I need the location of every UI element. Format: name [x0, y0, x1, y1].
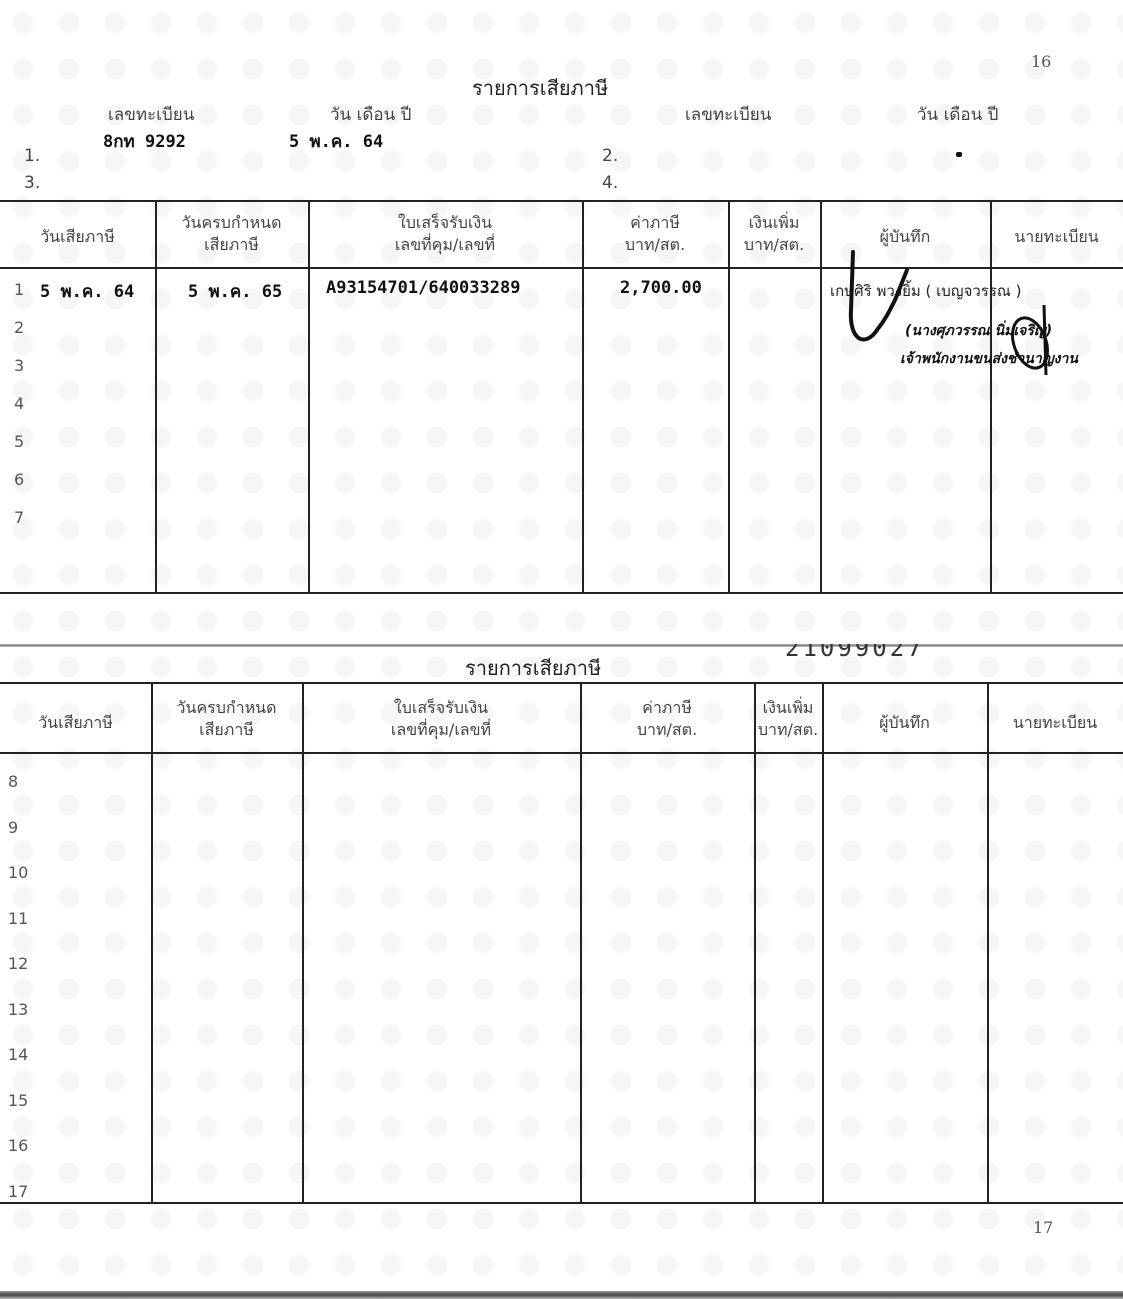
row-number: 1 — [14, 280, 24, 299]
col-divider — [308, 200, 310, 594]
reg-label-right: เลขทะเบียน — [685, 101, 771, 128]
col-divider — [580, 682, 582, 1204]
row1-pay-date: 5 พ.ค. 64 — [40, 278, 134, 305]
row-number: 8 — [8, 772, 18, 791]
header-registrar: นายทะเบียน — [987, 712, 1123, 734]
row-number: 5 — [14, 432, 24, 451]
col-divider — [728, 200, 730, 594]
date-label-right: วัน เดือน ปี — [917, 101, 998, 128]
page-fold-line — [0, 644, 1123, 647]
header-bottom-border — [0, 752, 1123, 754]
header-pay-date: วันเสียภาษี — [0, 712, 151, 734]
col-divider — [990, 200, 992, 594]
col-divider — [820, 200, 822, 594]
table-top-border — [0, 682, 1123, 684]
table-bottom-border — [0, 592, 1123, 594]
reg-label-left: เลขทะเบียน — [108, 101, 194, 128]
col-divider — [822, 682, 824, 1204]
header-recorder: ผู้บันทึก — [822, 712, 987, 734]
row-number: 2 — [14, 318, 24, 337]
page-number-17: 17 — [1033, 1218, 1053, 1237]
upper-page-title: รายการเสียภาษี — [472, 72, 608, 104]
page-number-16: 16 — [1031, 52, 1051, 71]
row-number: 15 — [8, 1091, 28, 1110]
row-number: 16 — [8, 1136, 28, 1155]
row-number: 7 — [14, 508, 24, 527]
row1-tax: 2,700.00 — [620, 278, 702, 298]
slot-2: 2. — [602, 146, 618, 166]
row1-due-date: 5 พ.ค. 65 — [188, 278, 282, 305]
header-due-date: วันครบกำหนด เสียภาษี — [155, 212, 308, 256]
registrar-signature-icon — [1000, 305, 1070, 385]
col-divider — [987, 682, 989, 1204]
table-bottom-border — [0, 1202, 1123, 1204]
serial-number-partial: 21099027 — [785, 644, 925, 660]
row-number: 11 — [8, 909, 28, 928]
page-bottom-edge — [0, 1291, 1123, 1299]
header-receipt: ใบเสร็จรับเงิน เลขที่คุม/เลขที่ — [302, 697, 580, 741]
col-divider — [302, 682, 304, 1204]
row-number: 14 — [8, 1045, 28, 1064]
header-due-date: วันครบกำหนด เสียภาษี — [151, 697, 302, 741]
header-registrar: นายทะเบียน — [990, 226, 1123, 248]
slot-3: 3. — [24, 173, 40, 193]
table-top-border — [0, 200, 1123, 202]
slot-1: 1. — [24, 146, 40, 166]
row1-receipt: A93154701/640033289 — [326, 278, 520, 298]
row-number: 6 — [14, 470, 24, 489]
header-tax: ค่าภาษี บาท/สต. — [582, 212, 728, 256]
row-number: 10 — [8, 863, 28, 882]
col-divider — [151, 682, 153, 1204]
col-divider — [754, 682, 756, 1204]
row-number: 17 — [8, 1182, 28, 1201]
recorder-signature-icon — [835, 250, 945, 360]
col-divider — [155, 200, 157, 594]
header-pay-date: วันเสียภาษี — [0, 226, 155, 248]
header-recorder: ผู้บันทึก — [820, 226, 990, 248]
row-number: 12 — [8, 954, 28, 973]
lower-page-title: รายการเสียภาษี — [465, 652, 601, 684]
ink-dot — [956, 152, 962, 157]
registration-date: 5 พ.ค. 64 — [289, 128, 383, 155]
security-watermark-pattern — [0, 0, 1123, 1299]
row-number: 9 — [8, 818, 18, 837]
row-number: 13 — [8, 1000, 28, 1019]
header-tax: ค่าภาษี บาท/สต. — [580, 697, 754, 741]
row-number: 3 — [14, 356, 24, 375]
col-divider — [582, 200, 584, 594]
header-bottom-border — [0, 267, 1123, 269]
row-number: 4 — [14, 394, 24, 413]
header-surcharge: เงินเพิ่ม บาท/สต. — [754, 697, 822, 741]
header-receipt: ใบเสร็จรับเงิน เลขที่คุม/เลขที่ — [308, 212, 582, 256]
header-surcharge: เงินเพิ่ม บาท/สต. — [728, 212, 820, 256]
registration-number: 8กท 9292 — [103, 128, 186, 155]
slot-4: 4. — [602, 173, 618, 193]
date-label-left: วัน เดือน ปี — [330, 101, 411, 128]
